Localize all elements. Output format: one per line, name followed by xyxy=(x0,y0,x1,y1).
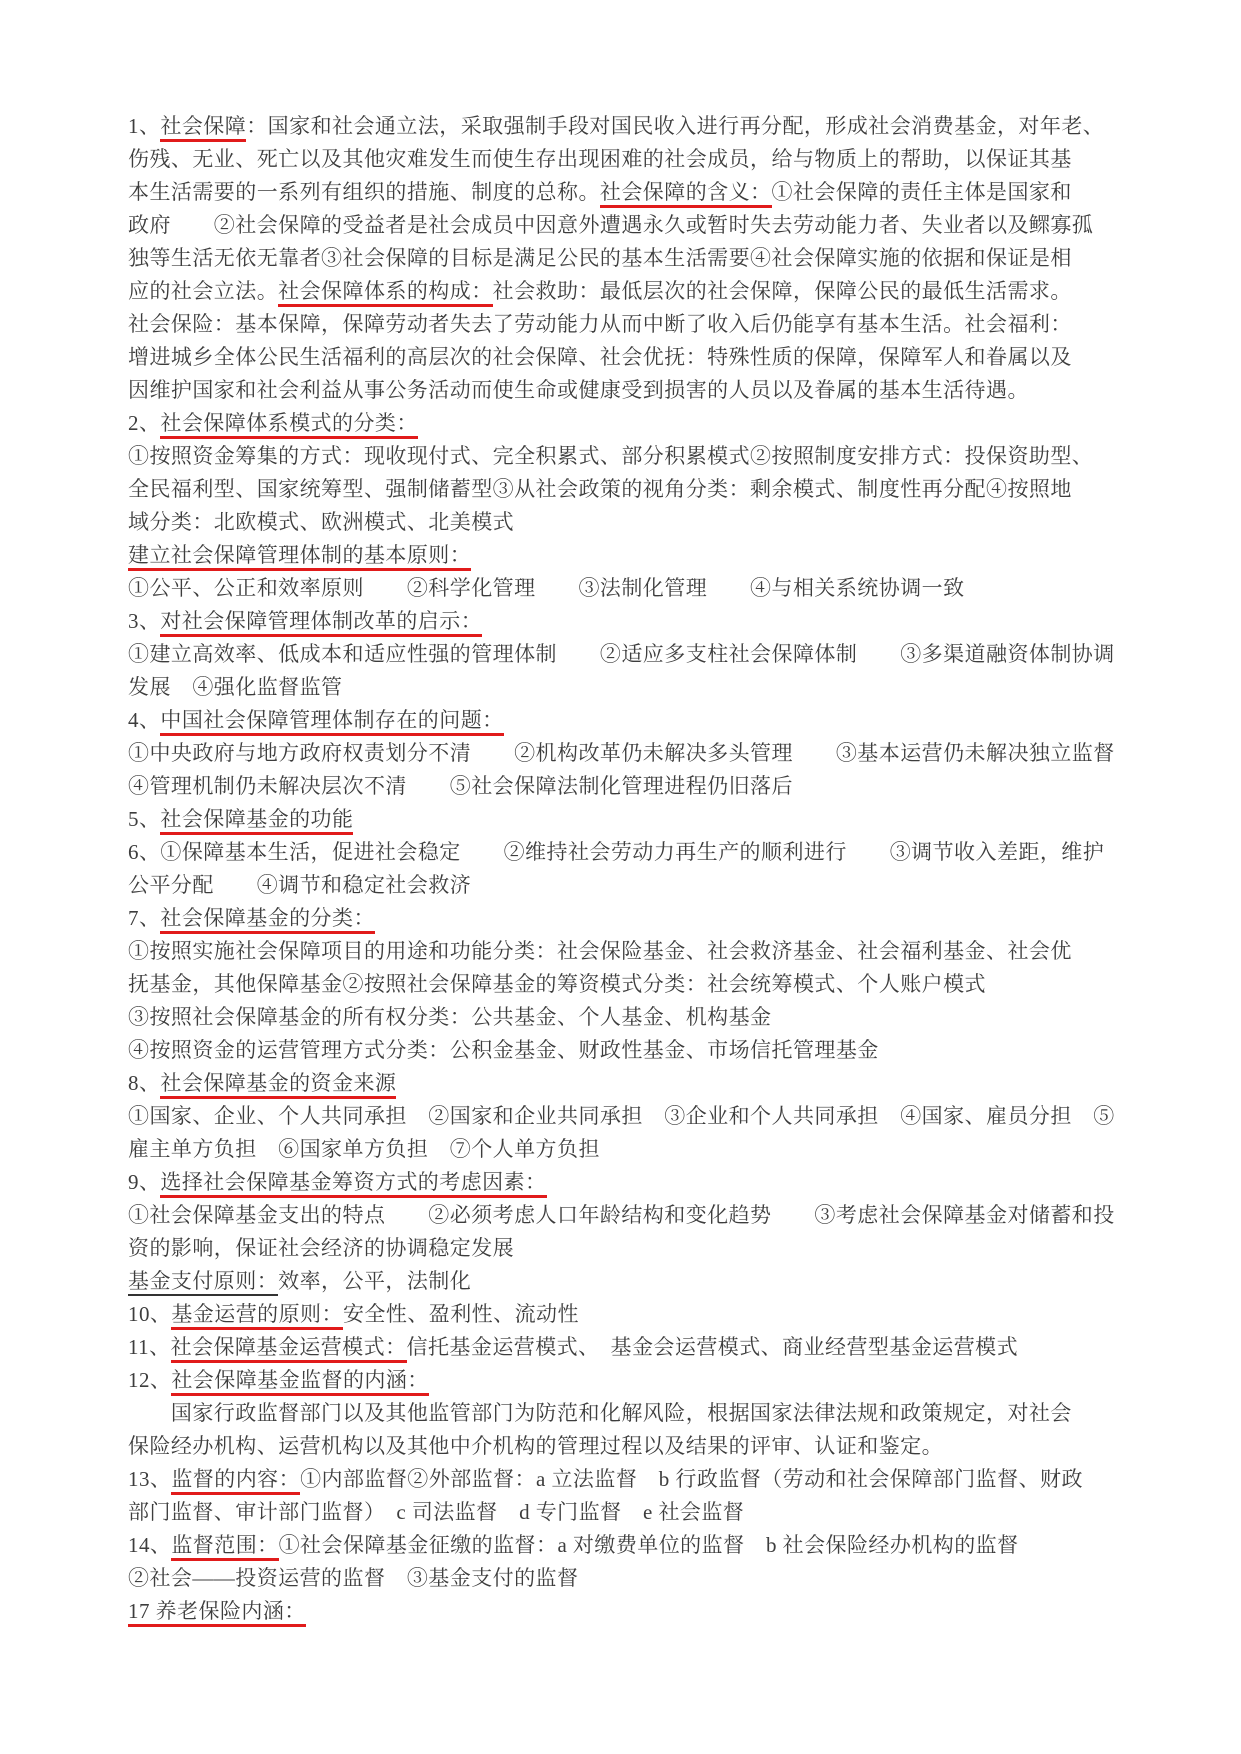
text-segment: 效率，公平，法制化 xyxy=(278,1269,471,1293)
text-line: 抚基金，其他保障基金②按照社会保障基金的筹资模式分类：社会统筹模式、个人账户模式 xyxy=(128,968,1138,1001)
text-segment: ④管理机制仍未解决层次不清 ⑤社会保障法制化管理进程仍旧落后 xyxy=(128,774,793,798)
underlined-heading: 中国社会保障管理体制存在的问题： xyxy=(160,708,503,736)
text-line: ①中央政府与地方政府权责划分不清 ②机构改革仍未解决多头管理 ③基本运营仍未解决… xyxy=(128,737,1138,770)
text-line: 资的影响，保证社会经济的协调稳定发展 xyxy=(128,1232,1138,1265)
text-line: ①按照资金筹集的方式：现收现付式、完全积累式、部分积累模式②按照制度安排方式：投… xyxy=(128,440,1138,473)
text-segment: ①社会保障基金征缴的监督：a 对缴费单位的监督 b 社会保险经办机构的监督 xyxy=(279,1533,1019,1557)
text-segment: 域分类：北欧模式、欧洲模式、北美模式 xyxy=(128,510,514,534)
text-segment: ④按照资金的运营管理方式分类：公积金基金、财政性基金、市场信托管理基金 xyxy=(128,1038,879,1062)
text-segment: ①国家、企业、个人共同承担 ②国家和企业共同承担 ③企业和个人共同承担 ④国家、… xyxy=(128,1104,1115,1128)
text-segment: 9、 xyxy=(128,1170,160,1194)
document-page: 1、社会保障：国家和社会通立法，采取强制手段对国民收入进行再分配，形成社会消费基… xyxy=(0,0,1241,1754)
underlined-heading: 社会保障基金监督的内涵： xyxy=(171,1368,428,1396)
underlined-heading: 社会保障基金的分类： xyxy=(160,906,375,934)
underlined-heading: 社会保障基金的功能 xyxy=(160,807,353,835)
text-segment: ①按照实施社会保障项目的用途和功能分类：社会保险基金、社会救济基金、社会福利基金… xyxy=(128,939,1072,963)
text-line: ④按照资金的运营管理方式分类：公积金基金、财政性基金、市场信托管理基金 xyxy=(128,1034,1138,1067)
text-line: 公平分配 ④调节和稳定社会救济 xyxy=(128,869,1138,902)
underlined-heading: 监督的内容： xyxy=(171,1467,300,1495)
text-segment: 7、 xyxy=(128,906,160,930)
text-line: 14、监督范围：①社会保障基金征缴的监督：a 对缴费单位的监督 b 社会保险经办… xyxy=(128,1529,1138,1562)
text-line: ①建立高效率、低成本和适应性强的管理体制 ②适应多支柱社会保障体制 ③多渠道融资… xyxy=(128,638,1138,671)
text-line: 2、社会保障体系模式的分类： xyxy=(128,407,1138,440)
text-segment: 13、 xyxy=(128,1467,171,1491)
text-segment: 部门监督、审计部门监督） c 司法监督 d 专门监督 e 社会监督 xyxy=(128,1500,744,1524)
text-segment: ③按照社会保障基金的所有权分类：公共基金、个人基金、机构基金 xyxy=(128,1005,772,1029)
text-line: 5、社会保障基金的功能 xyxy=(128,803,1138,836)
text-segment: 本生活需要的一系列有组织的措施、制度的总称。 xyxy=(128,180,600,204)
text-segment: 发展 ④强化监督监管 xyxy=(128,675,343,699)
text-segment: ①按照资金筹集的方式：现收现付式、完全积累式、部分积累模式②按照制度安排方式：投… xyxy=(128,444,1093,468)
text-line: 12、社会保障基金监督的内涵： xyxy=(128,1364,1138,1397)
text-line: 独等生活无依无靠者③社会保障的目标是满足公民的基本生活需要④社会保障实施的依据和… xyxy=(128,242,1138,275)
text-segment: 10、 xyxy=(128,1302,171,1326)
text-line: 增进城乡全体公民生活福利的高层次的社会保障、社会优抚：特殊性质的保障，保障军人和… xyxy=(128,341,1138,374)
text-line: 4、中国社会保障管理体制存在的问题： xyxy=(128,704,1138,737)
underlined-heading: 对社会保障管理体制改革的启示： xyxy=(160,609,482,637)
text-line: 发展 ④强化监督监管 xyxy=(128,671,1138,704)
text-line: 1、社会保障：国家和社会通立法，采取强制手段对国民收入进行再分配，形成社会消费基… xyxy=(128,110,1138,143)
text-segment: ①中央政府与地方政府权责划分不清 ②机构改革仍未解决多头管理 ③基本运营仍未解决… xyxy=(128,741,1115,765)
text-segment: ①内部监督②外部监督：a 立法监督 b 行政监督（劳动和社会保障部门监督、财政 xyxy=(300,1467,1083,1491)
text-segment: 雇主单方负担 ⑥国家单方负担 ⑦个人单方负担 xyxy=(128,1137,600,1161)
text-line: ②社会——投资运营的监督 ③基金支付的监督 xyxy=(128,1562,1138,1595)
text-line: 域分类：北欧模式、欧洲模式、北美模式 xyxy=(128,506,1138,539)
text-line: 本生活需要的一系列有组织的措施、制度的总称。社会保障的含义：①社会保障的责任主体… xyxy=(128,176,1138,209)
text-line: ③按照社会保障基金的所有权分类：公共基金、个人基金、机构基金 xyxy=(128,1001,1138,1034)
text-line: 10、基金运营的原则：安全性、盈利性、流动性 xyxy=(128,1298,1138,1331)
text-segment: ①公平、公正和效率原则 ②科学化管理 ③法制化管理 ④与相关系统协调一致 xyxy=(128,576,965,600)
text-segment: 公平分配 ④调节和稳定社会救济 xyxy=(128,873,471,897)
underlined-heading: 基金支付原则： xyxy=(128,1269,278,1296)
text-line: 8、社会保障基金的资金来源 xyxy=(128,1067,1138,1100)
underlined-heading: 社会保障 xyxy=(160,114,246,142)
text-line: 雇主单方负担 ⑥国家单方负担 ⑦个人单方负担 xyxy=(128,1133,1138,1166)
text-segment: 保险经办机构、运营机构以及其他中介机构的管理过程以及结果的评审、认证和鉴定。 xyxy=(128,1434,943,1458)
text-line: 全民福利型、国家统筹型、强制储蓄型③从社会政策的视角分类：剩余模式、制度性再分配… xyxy=(128,473,1138,506)
text-line: 政府 ②社会保障的受益者是社会成员中因意外遭遇永久或暂时失去劳动能力者、失业者以… xyxy=(128,209,1138,242)
underlined-heading: 社会保障基金的资金来源 xyxy=(160,1071,396,1099)
text-segment: 8、 xyxy=(128,1071,160,1095)
text-segment: 14、 xyxy=(128,1533,171,1557)
text-segment: 安全性、盈利性、流动性 xyxy=(343,1302,579,1326)
text-line: 因维护国家和社会利益从事公务活动而使生命或健康受到损害的人员以及眷属的基本生活待… xyxy=(128,374,1138,407)
text-line: 社会保险：基本保障，保障劳动者失去了劳动能力从而中断了收入后仍能享有基本生活。社… xyxy=(128,308,1138,341)
text-segment: 伤残、无业、死亡以及其他灾难发生而使生存出现困难的社会成员，给与物质上的帮助，以… xyxy=(128,147,1072,171)
text-segment: 资的影响，保证社会经济的协调稳定发展 xyxy=(128,1236,514,1260)
text-line: 3、对社会保障管理体制改革的启示： xyxy=(128,605,1138,638)
underlined-heading: 选择社会保障基金筹资方式的考虑因素： xyxy=(160,1170,546,1198)
text-line: ①按照实施社会保障项目的用途和功能分类：社会保险基金、社会救济基金、社会福利基金… xyxy=(128,935,1138,968)
text-segment: 2、 xyxy=(128,411,160,435)
text-segment: 6、①保障基本生活，促进社会稳定 ②维持社会劳动力再生产的顺利进行 ③调节收入差… xyxy=(128,840,1104,864)
text-line: ①公平、公正和效率原则 ②科学化管理 ③法制化管理 ④与相关系统协调一致 xyxy=(128,572,1138,605)
underlined-heading: 17 养老保险内涵： xyxy=(128,1599,306,1627)
underlined-heading: 监督范围： xyxy=(171,1533,278,1561)
text-line: ①国家、企业、个人共同承担 ②国家和企业共同承担 ③企业和个人共同承担 ④国家、… xyxy=(128,1100,1138,1133)
underlined-heading: 基金运营的原则： xyxy=(171,1302,343,1330)
text-line: 17 养老保险内涵： xyxy=(128,1595,1138,1628)
text-segment: 全民福利型、国家统筹型、强制储蓄型③从社会政策的视角分类：剩余模式、制度性再分配… xyxy=(128,477,1072,501)
text-segment: 12、 xyxy=(128,1368,171,1392)
text-line: 保险经办机构、运营机构以及其他中介机构的管理过程以及结果的评审、认证和鉴定。 xyxy=(128,1430,1138,1463)
text-line: 基金支付原则：效率，公平，法制化 xyxy=(128,1265,1138,1298)
underlined-heading: 社会保障体系模式的分类： xyxy=(160,411,417,439)
text-segment: 应的社会立法。 xyxy=(128,279,278,303)
text-line: 应的社会立法。社会保障体系的构成：社会救助：最低层次的社会保障，保障公民的最低生… xyxy=(128,275,1138,308)
text-line: ①社会保障基金支出的特点 ②必须考虑人口年龄结构和变化趋势 ③考虑社会保障基金对… xyxy=(128,1199,1138,1232)
text-segment: 4、 xyxy=(128,708,160,732)
text-segment: 3、 xyxy=(128,609,160,633)
text-segment: 5、 xyxy=(128,807,160,831)
underlined-heading: 建立社会保障管理体制的基本原则： xyxy=(128,543,471,571)
text-segment: 社会保险：基本保障，保障劳动者失去了劳动能力从而中断了收入后仍能享有基本生活。社… xyxy=(128,312,1072,336)
text-segment: ：国家和社会通立法，采取强制手段对国民收入进行再分配，形成社会消费基金，对年老、 xyxy=(246,114,1104,138)
text-line: 部门监督、审计部门监督） c 司法监督 d 专门监督 e 社会监督 xyxy=(128,1496,1138,1529)
text-segment: 国家行政监督部门以及其他监管部门为防范和化解风险，根据国家法律法规和政策规定，对… xyxy=(128,1401,1072,1425)
text-line: ④管理机制仍未解决层次不清 ⑤社会保障法制化管理进程仍旧落后 xyxy=(128,770,1138,803)
text-segment: 抚基金，其他保障基金②按照社会保障基金的筹资模式分类：社会统筹模式、个人账户模式 xyxy=(128,972,986,996)
text-line: 13、监督的内容：①内部监督②外部监督：a 立法监督 b 行政监督（劳动和社会保… xyxy=(128,1463,1138,1496)
text-segment: ①社会保障基金支出的特点 ②必须考虑人口年龄结构和变化趋势 ③考虑社会保障基金对… xyxy=(128,1203,1115,1227)
document-body: 1、社会保障：国家和社会通立法，采取强制手段对国民收入进行再分配，形成社会消费基… xyxy=(128,110,1138,1628)
text-segment: 1、 xyxy=(128,114,160,138)
text-segment: ①社会保障的责任主体是国家和 xyxy=(772,180,1072,204)
text-line: 建立社会保障管理体制的基本原则： xyxy=(128,539,1138,572)
text-segment: ①建立高效率、低成本和适应性强的管理体制 ②适应多支柱社会保障体制 ③多渠道融资… xyxy=(128,642,1115,666)
text-segment: 社会救助：最低层次的社会保障，保障公民的最低生活需求。 xyxy=(493,279,1072,303)
text-line: 伤残、无业、死亡以及其他灾难发生而使生存出现困难的社会成员，给与物质上的帮助，以… xyxy=(128,143,1138,176)
underlined-heading: 社会保障的含义： xyxy=(600,180,772,208)
underlined-heading: 社会保障基金运营模式： xyxy=(171,1335,407,1363)
text-line: 国家行政监督部门以及其他监管部门为防范和化解风险，根据国家法律法规和政策规定，对… xyxy=(128,1397,1138,1430)
text-segment: 信托基金运营模式、 基金会运营模式、商业经营型基金运营模式 xyxy=(407,1335,1019,1359)
text-line: 6、①保障基本生活，促进社会稳定 ②维持社会劳动力再生产的顺利进行 ③调节收入差… xyxy=(128,836,1138,869)
text-segment: 独等生活无依无靠者③社会保障的目标是满足公民的基本生活需要④社会保障实施的依据和… xyxy=(128,246,1072,270)
text-segment: 政府 ②社会保障的受益者是社会成员中因意外遭遇永久或暂时失去劳动能力者、失业者以… xyxy=(128,213,1093,237)
text-segment: 11、 xyxy=(128,1335,171,1359)
text-segment: 因维护国家和社会利益从事公务活动而使生命或健康受到损害的人员以及眷属的基本生活待… xyxy=(128,378,1029,402)
text-line: 9、选择社会保障基金筹资方式的考虑因素： xyxy=(128,1166,1138,1199)
underlined-heading: 社会保障体系的构成： xyxy=(278,279,493,307)
text-segment: 增进城乡全体公民生活福利的高层次的社会保障、社会优抚：特殊性质的保障，保障军人和… xyxy=(128,345,1072,369)
text-line: 11、社会保障基金运营模式：信托基金运营模式、 基金会运营模式、商业经营型基金运… xyxy=(128,1331,1138,1364)
text-line: 7、社会保障基金的分类： xyxy=(128,902,1138,935)
text-segment: ②社会——投资运营的监督 ③基金支付的监督 xyxy=(128,1566,578,1590)
